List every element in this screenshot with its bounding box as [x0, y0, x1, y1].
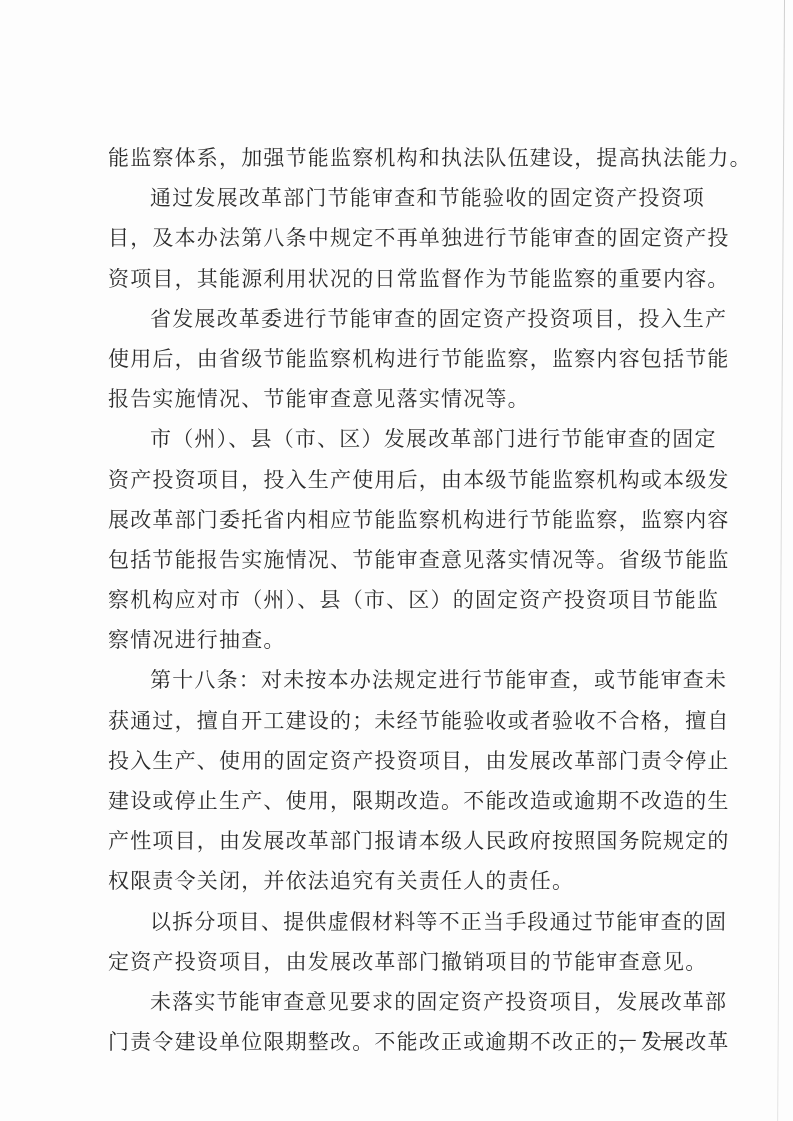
- paragraph-3-line-1: 资产投资项目，投入生产使用后，由本级节能监察机构或本级发: [108, 460, 690, 500]
- paragraph-6-line-0: 未落实节能审查意见要求的固定资产投资项目，发展改革部: [108, 982, 690, 1022]
- article-18-line-5: 权限责令关闭，并依法追究有关责任人的责任。: [108, 861, 690, 901]
- paragraph-2-line-2: 报告实施情况、节能审查意见落实情况等。: [108, 379, 690, 419]
- article-18-line-2: 投入生产、使用的固定资产投资项目，由发展改革部门责令停止: [108, 741, 690, 781]
- paragraph-3-line-5: 察情况进行抽查。: [108, 620, 690, 660]
- paragraph-5-line-0: 以拆分项目、提供虚假材料等不正当手段通过节能审查的固: [108, 902, 690, 942]
- paragraph-3-line-4: 察机构应对市（州）、县（市、区）的固定资产投资项目节能监: [108, 580, 690, 620]
- document-page: 能监察体系，加强节能监察机构和执法队伍建设，提高执法能力。 通过发展改革部门节能…: [0, 0, 793, 1121]
- paragraph-1-line-2: 资项目，其能源利用状况的日常监督作为节能监察的重要内容。: [108, 259, 690, 299]
- paragraph-3-line-3: 包括节能报告实施情况、节能审查意见落实情况等。省级节能监: [108, 540, 690, 580]
- article-18-line-0: 第十八条：对未按本办法规定进行节能审查，或节能审查未: [108, 660, 690, 700]
- article-18-line-3: 建设或停止生产、使用，限期改造。不能改造或逾期不改造的生: [108, 781, 690, 821]
- paragraph-5-line-1: 定资产投资项目，由发展改革部门撤销项目的节能审查意见。: [108, 942, 690, 982]
- article-18-line-4: 产性项目，由发展改革部门报请本级人民政府按照国务院规定的: [108, 821, 690, 861]
- paragraph-6-line-1: 门责令建设单位限期整改。不能改正或逾期不改正的，发展改革: [108, 1022, 690, 1062]
- paragraph-2-line-1: 使用后，由省级节能监察机构进行节能监察，监察内容包括节能: [108, 339, 690, 379]
- paragraph-0-line-0: 能监察体系，加强节能监察机构和执法队伍建设，提高执法能力。: [108, 138, 690, 178]
- scan-edge-line: [777, 0, 785, 1121]
- paragraph-2-line-0: 省发展改革委进行节能审查的固定资产投资项目，投入生产: [108, 299, 690, 339]
- body-text: 能监察体系，加强节能监察机构和执法队伍建设，提高执法能力。 通过发展改革部门节能…: [108, 138, 690, 1062]
- paragraph-3-line-2: 展改革部门委托省内相应节能监察机构进行节能监察，监察内容: [108, 500, 690, 540]
- paragraph-1-line-1: 目，及本办法第八条中规定不再单独进行节能审查的固定资产投: [108, 218, 690, 258]
- article-18-line-1: 获通过，擅自开工建设的；未经节能验收或者验收不合格，擅自: [108, 701, 690, 741]
- page-number: — 7 —: [612, 1026, 684, 1054]
- paragraph-3-line-0: 市（州）、县（市、区）发展改革部门进行节能审查的固定: [108, 419, 690, 459]
- paragraph-1-line-0: 通过发展改革部门节能审查和节能验收的固定资产投资项: [108, 178, 690, 218]
